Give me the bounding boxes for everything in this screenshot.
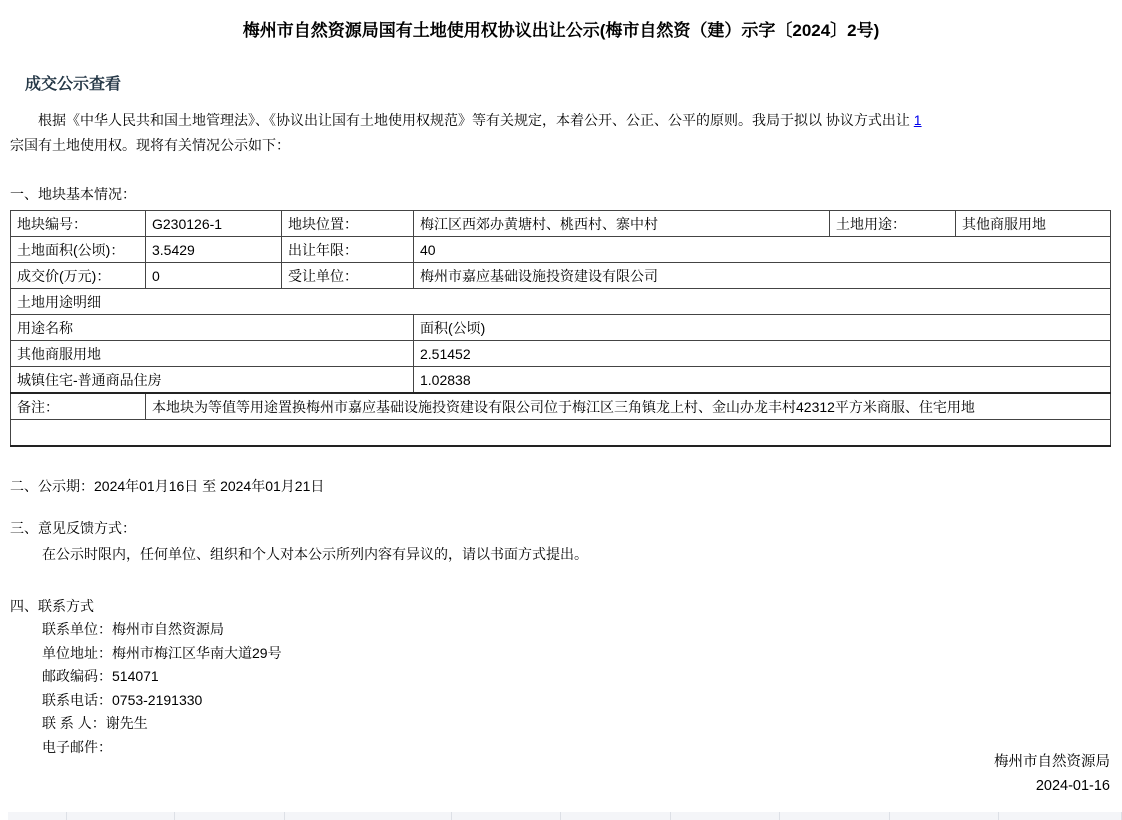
location-value-cell: 梅江区西郊办黄塘村、桃西村、寨中村 bbox=[414, 211, 830, 237]
contact-org-line: 联系单位：梅州市自然资源局 bbox=[42, 618, 1122, 642]
remark-value-cell: 本地块为等值等用途置换梅州市嘉应基础设施投资建设有限公司位于梅江区三角镇龙上村、… bbox=[146, 393, 1111, 420]
section-3-heading: 三、意见反馈方式： bbox=[10, 518, 1122, 538]
cutoff-cell bbox=[285, 812, 452, 820]
parcel-no-label-cell: 地块编号： bbox=[11, 211, 146, 237]
deal-publicity-heading: 成交公示查看 bbox=[25, 75, 1122, 95]
table-row: 其他商服用地 2.51452 bbox=[11, 341, 1111, 367]
cutoff-cell bbox=[671, 812, 780, 820]
cutoff-cell bbox=[561, 812, 671, 820]
parcel-info-table: 地块编号： G230126-1 地块位置： 梅江区西郊办黄塘村、桃西村、寨中村 … bbox=[10, 210, 1111, 447]
use-name-cell: 城镇住宅-普通商品住房 bbox=[11, 367, 414, 394]
remark-label-cell: 备注： bbox=[11, 393, 146, 420]
empty-cell bbox=[11, 420, 1111, 447]
cutoff-cell bbox=[175, 812, 285, 820]
parcel-count-link[interactable]: 1 bbox=[914, 112, 922, 128]
price-value-cell: 0 bbox=[146, 263, 282, 289]
table-row: 土地用途明细 bbox=[11, 289, 1111, 315]
contact-person-line: 联 系 人：谢先生 bbox=[42, 712, 1122, 736]
table-row: 城镇住宅-普通商品住房 1.02838 bbox=[11, 367, 1111, 394]
contact-email-line: 电子邮件： bbox=[42, 736, 1122, 760]
section-2-heading: 二、公示期：2024年01月16日 至 2024年01月21日 bbox=[10, 476, 1122, 496]
area-label-cell: 土地面积(公顷)： bbox=[11, 237, 146, 263]
parcel-no-value-cell: G230126-1 bbox=[146, 211, 282, 237]
contact-block: 联系单位：梅州市自然资源局 单位地址：梅州市梅江区华南大道29号 邮政编码：51… bbox=[42, 618, 1122, 759]
section-4-heading: 四、联系方式 bbox=[10, 596, 1122, 616]
table-row: 成交价(万元)： 0 受让单位： 梅州市嘉应基础设施投资建设有限公司 bbox=[11, 263, 1111, 289]
contact-address-line: 单位地址：梅州市梅江区华南大道29号 bbox=[42, 642, 1122, 666]
term-label-cell: 出让年限： bbox=[282, 237, 414, 263]
footer-date: 2024-01-16 bbox=[994, 774, 1110, 798]
feedback-text: 在公示时限内，任何单位、组织和个人对本公示所列内容有异议的，请以书面方式提出。 bbox=[42, 544, 1122, 564]
intro-text-after: 宗国有土地使用权。现将有关情况公示如下： bbox=[10, 137, 290, 153]
signature-block: 梅州市自然资源局 2024-01-16 bbox=[994, 750, 1110, 798]
page-title: 梅州市自然资源局国有土地使用权协议出让公示(梅市自然资（建）示字〔2024〕2号… bbox=[0, 0, 1122, 42]
use-name-header-cell: 用途名称 bbox=[11, 315, 414, 341]
section-1-heading: 一、地块基本情况： bbox=[10, 184, 1122, 204]
table-row: 用途名称 面积(公顷) bbox=[11, 315, 1111, 341]
cutoff-table-header-row bbox=[8, 812, 1122, 820]
contact-phone-line: 联系电话：0753-2191330 bbox=[42, 689, 1122, 713]
intro-text-before: 根据《中华人民共和国土地管理法》、《协议出让国有土地使用权规范》等有关规定，本着… bbox=[38, 112, 914, 128]
price-label-cell: 成交价(万元)： bbox=[11, 263, 146, 289]
use-area-cell: 2.51452 bbox=[414, 341, 1111, 367]
area-value-cell: 3.5429 bbox=[146, 237, 282, 263]
cutoff-cell bbox=[780, 812, 890, 820]
land-use-value-cell: 其他商服用地 bbox=[956, 211, 1111, 237]
cutoff-cell bbox=[890, 812, 999, 820]
land-use-label-cell: 土地用途： bbox=[830, 211, 956, 237]
table-row: 地块编号： G230126-1 地块位置： 梅江区西郊办黄塘村、桃西村、寨中村 … bbox=[11, 211, 1111, 237]
cutoff-cell bbox=[452, 812, 561, 820]
use-area-cell: 1.02838 bbox=[414, 367, 1111, 394]
grantee-label-cell: 受让单位： bbox=[282, 263, 414, 289]
use-name-cell: 其他商服用地 bbox=[11, 341, 414, 367]
announcement-page: 梅州市自然资源局国有土地使用权协议出让公示(梅市自然资（建）示字〔2024〕2号… bbox=[0, 0, 1122, 820]
intro-paragraph: 根据《中华人民共和国土地管理法》、《协议出让国有土地使用权规范》等有关规定，本着… bbox=[10, 108, 1112, 158]
contact-postcode-line: 邮政编码：514071 bbox=[42, 665, 1122, 689]
table-row: 土地面积(公顷)： 3.5429 出让年限： 40 bbox=[11, 237, 1111, 263]
term-value-cell: 40 bbox=[414, 237, 1111, 263]
table-row bbox=[11, 420, 1111, 447]
location-label-cell: 地块位置： bbox=[282, 211, 414, 237]
cutoff-cell bbox=[8, 812, 67, 820]
footer-org: 梅州市自然资源局 bbox=[994, 750, 1110, 774]
table-row: 备注： 本地块为等值等用途置换梅州市嘉应基础设施投资建设有限公司位于梅江区三角镇… bbox=[11, 393, 1111, 420]
grantee-value-cell: 梅州市嘉应基础设施投资建设有限公司 bbox=[414, 263, 1111, 289]
use-detail-header-cell: 土地用途明细 bbox=[11, 289, 1111, 315]
use-area-header-cell: 面积(公顷) bbox=[414, 315, 1111, 341]
cutoff-cell bbox=[67, 812, 175, 820]
cutoff-cell bbox=[999, 812, 1122, 820]
